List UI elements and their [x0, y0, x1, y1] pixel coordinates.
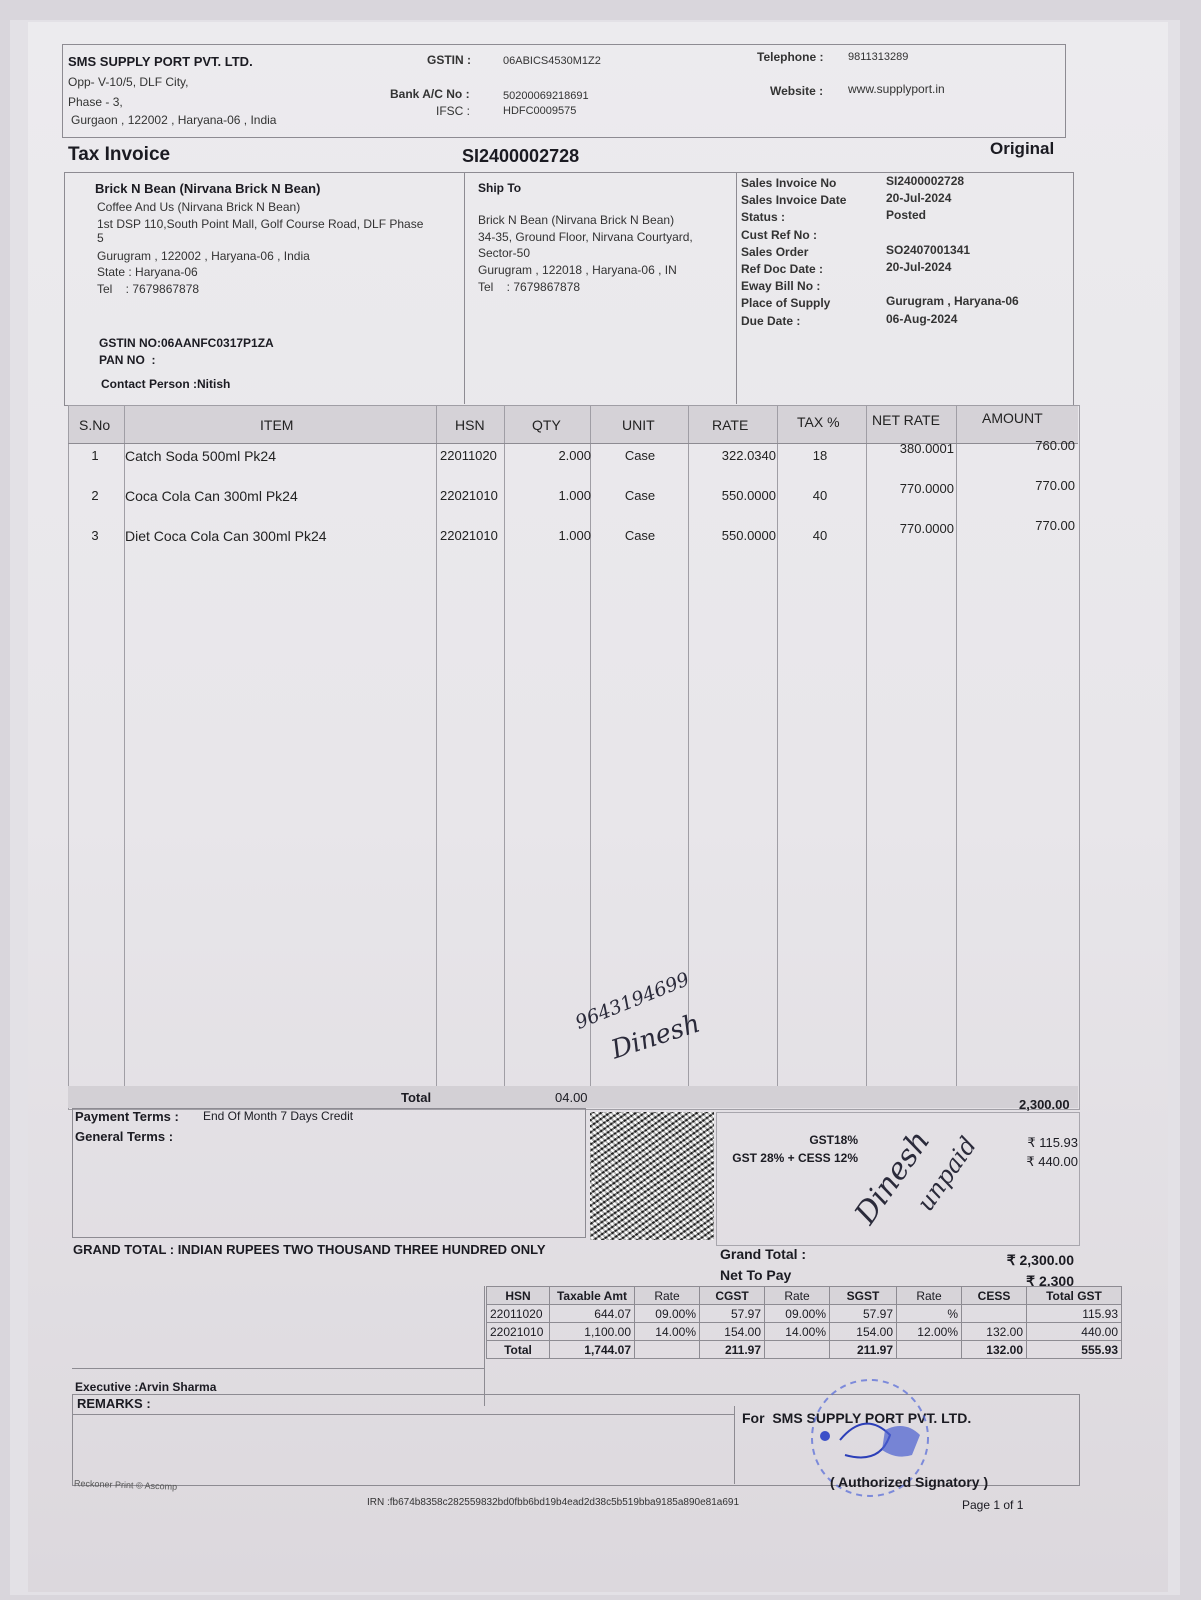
tax-breakup-value: ₹ 440.00	[990, 1154, 1078, 1170]
company-address-3: Gurgaon , 122002 , Haryana-06 , India	[71, 113, 276, 127]
cell-rate: 550.0000	[690, 488, 776, 503]
divider	[734, 1406, 735, 1484]
telephone-label: Telephone :	[757, 50, 823, 64]
meta-label: Due Date :	[741, 314, 800, 328]
irn-number: IRN :fb674b8358c282559832bd0fbb6bd19b4ea…	[367, 1497, 739, 1508]
meta-value: 06-Aug-2024	[886, 312, 957, 326]
gst-summary-table: HSNTaxable AmtRateCGSTRateSGSTRateCESSTo…	[486, 1286, 1122, 1359]
gst-total-row: Total1,744.07211.97211.97132.00555.93	[487, 1341, 1122, 1359]
divider	[484, 1286, 485, 1406]
bill-to-line: Tel : 7679867878	[97, 282, 199, 296]
divider	[72, 1414, 734, 1415]
gst-col-header: CESS	[962, 1287, 1027, 1305]
meta-value: 20-Jul-2024	[886, 191, 951, 205]
amount-in-words: GRAND TOTAL : INDIAN RUPEES TWO THOUSAND…	[73, 1242, 546, 1257]
tax-breakup-label: GST 28% + CESS 12%	[720, 1151, 858, 1165]
qr-code	[590, 1112, 714, 1240]
gst-row: 220210101,100.0014.00%154.0014.00%154.00…	[487, 1323, 1122, 1341]
document-title: Tax Invoice	[68, 144, 170, 166]
gst-cell: 115.93	[1027, 1305, 1122, 1323]
col-header-net-rate: NET RATE	[872, 412, 940, 428]
gst-cell: 440.00	[1027, 1323, 1122, 1341]
gst-cell: 644.07	[550, 1305, 635, 1323]
cell-sno: 3	[80, 528, 110, 543]
meta-label: Eway Bill No :	[741, 279, 820, 293]
col-header-tax: TAX %	[797, 414, 840, 430]
company-name: SMS SUPPLY PORT PVT. LTD.	[68, 54, 253, 69]
gst-cell: 09.00%	[765, 1305, 830, 1323]
column-divider	[688, 405, 689, 1108]
cell-unit: Case	[600, 528, 680, 543]
cell-net-rate: 770.0000	[866, 481, 954, 496]
general-terms-label: General Terms :	[75, 1129, 173, 1144]
cell-amount: 770.00	[956, 518, 1075, 533]
column-divider	[504, 405, 505, 1108]
column-divider	[124, 405, 125, 1108]
meta-value: Posted	[886, 208, 926, 222]
meta-value: SO2407001341	[886, 243, 970, 257]
executive-name: Executive :Arvin Sharma	[75, 1380, 216, 1394]
col-header-rate: RATE	[712, 417, 748, 433]
col-header-hsn: HSN	[455, 417, 485, 433]
cell-qty: 1.000	[505, 528, 591, 543]
bill-to-line: 1st DSP 110,South Point Mall, Golf Cours…	[97, 217, 423, 231]
bill-to-line: Gurugram , 122002 , Haryana-06 , India	[97, 249, 310, 263]
gst-cell: 22021010	[487, 1323, 550, 1341]
bank-label: Bank A/C No :	[390, 87, 470, 101]
gst-col-header: Taxable Amt	[550, 1287, 635, 1305]
gst-col-header: HSN	[487, 1287, 550, 1305]
payment-terms-value: End Of Month 7 Days Credit	[203, 1109, 353, 1123]
col-header-amount: AMOUNT	[982, 410, 1043, 426]
payment-terms-label: Payment Terms :	[75, 1109, 179, 1124]
gst-total-cell	[635, 1341, 700, 1359]
cell-tax: 40	[780, 528, 860, 543]
cell-net-rate: 770.0000	[866, 521, 954, 536]
gst-col-header: Rate	[635, 1287, 700, 1305]
remarks-label: REMARKS :	[77, 1396, 151, 1411]
page-number: Page 1 of 1	[962, 1498, 1023, 1512]
cell-tax: 18	[780, 448, 860, 463]
meta-value: Gurugram , Haryana-06	[886, 294, 1019, 308]
gst-col-header: Rate	[765, 1287, 830, 1305]
gst-col-header: Rate	[897, 1287, 962, 1305]
cell-hsn: 22021010	[440, 528, 502, 543]
divider	[72, 1368, 484, 1369]
items-table	[68, 405, 1080, 1110]
gst-cell: 154.00	[700, 1323, 765, 1341]
divider	[736, 172, 737, 404]
tax-breakup-value: ₹ 115.93	[990, 1135, 1078, 1151]
cell-item: Coca Cola Can 300ml Pk24	[125, 488, 425, 504]
column-divider	[866, 405, 867, 1108]
ifsc-label: IFSC :	[436, 104, 470, 118]
invoice-number: SI2400002728	[462, 146, 579, 167]
meta-label: Cust Ref No :	[741, 228, 817, 242]
meta-label: Sales Invoice No	[741, 176, 836, 190]
ship-to-line: Tel : 7679867878	[478, 280, 580, 294]
gst-cell: 57.97	[830, 1305, 897, 1323]
gst-cell: 14.00%	[765, 1323, 830, 1341]
cell-sno: 2	[80, 488, 110, 503]
contact-person: Contact Person :Nitish	[101, 377, 230, 391]
col-header-sno: S.No	[79, 417, 110, 433]
divider	[464, 172, 465, 404]
net-to-pay-label: Net To Pay	[720, 1267, 791, 1283]
gst-total-cell: 211.97	[830, 1341, 897, 1359]
cell-unit: Case	[600, 488, 680, 503]
column-divider	[436, 405, 437, 1108]
total-label: Total	[401, 1090, 431, 1105]
bill-to-pan: PAN NO :	[99, 353, 155, 367]
gst-total-cell	[765, 1341, 830, 1359]
gstin-label: GSTIN :	[427, 53, 471, 67]
gst-cell: 14.00%	[635, 1323, 700, 1341]
gst-total-cell: 1,744.07	[550, 1341, 635, 1359]
gst-cell: 132.00	[962, 1323, 1027, 1341]
column-divider	[777, 405, 778, 1108]
gst-col-header: CGST	[700, 1287, 765, 1305]
website-link: www.supplyport.in	[848, 82, 945, 96]
meta-value: 20-Jul-2024	[886, 260, 951, 274]
website-label: Website :	[770, 84, 823, 98]
bill-to-line: State : Haryana-06	[97, 265, 198, 279]
tax-breakup-label: GST18%	[720, 1133, 858, 1147]
ship-to-line: Brick N Bean (Nirvana Brick N Bean)	[478, 213, 674, 227]
col-header-unit: UNIT	[622, 417, 655, 433]
cell-hsn: 22021010	[440, 488, 502, 503]
terms-box	[72, 1108, 586, 1238]
ship-to-line: Sector-50	[478, 246, 530, 260]
meta-label: Place of Supply	[741, 296, 830, 310]
ship-to-label: Ship To	[478, 181, 521, 195]
cell-net-rate: 380.0001	[866, 441, 954, 456]
gst-cell	[962, 1305, 1027, 1323]
bank-account: 50200069218691	[503, 90, 589, 102]
gst-col-header: Total GST	[1027, 1287, 1122, 1305]
meta-label: Sales Order	[741, 245, 808, 259]
cell-hsn: 22011020	[440, 448, 502, 463]
cell-amount: 760.00	[956, 438, 1075, 453]
bill-to-gstin: GSTIN NO:06AANFC0317P1ZA	[99, 336, 274, 350]
cell-tax: 40	[780, 488, 860, 503]
grand-total-label: Grand Total :	[720, 1246, 806, 1262]
ifsc-value: HDFC0009575	[503, 105, 576, 117]
column-divider	[956, 405, 957, 1108]
bill-to-line: Coffee And Us (Nirvana Brick N Bean)	[97, 200, 300, 214]
cell-rate: 550.0000	[690, 528, 776, 543]
cell-rate: 322.0340	[690, 448, 776, 463]
ship-to-line: 34-35, Ground Floor, Nirvana Courtyard,	[478, 230, 693, 244]
copy-type: Original	[990, 139, 1054, 159]
cell-item: Diet Coca Cola Can 300ml Pk24	[125, 528, 425, 544]
meta-label: Status :	[741, 210, 785, 224]
authorized-signatory: ( Authorized Signatory )	[830, 1474, 988, 1490]
cell-amount: 770.00	[956, 478, 1075, 493]
meta-label: Ref Doc Date :	[741, 262, 823, 276]
cell-qty: 2.000	[505, 448, 591, 463]
gst-cell: 12.00%	[897, 1323, 962, 1341]
col-header-qty: QTY	[532, 417, 561, 433]
ship-to-line: Gurugram , 122018 , Haryana-06 , IN	[478, 263, 677, 277]
company-address-2: Phase - 3,	[68, 95, 123, 109]
total-amount: 2,300.00	[1019, 1097, 1070, 1112]
gst-col-header: SGST	[830, 1287, 897, 1305]
meta-label: Sales Invoice Date	[741, 193, 846, 207]
gst-total-cell: 211.97	[700, 1341, 765, 1359]
gstin-value: 06ABICS4530M1Z2	[503, 55, 601, 67]
col-header-item: ITEM	[260, 417, 293, 433]
bill-to-line: 5	[97, 231, 104, 245]
company-address-1: Opp- V-10/5, DLF City,	[68, 75, 189, 89]
cell-sno: 1	[80, 448, 110, 463]
gst-cell: 1,100.00	[550, 1323, 635, 1341]
cell-item: Catch Soda 500ml Pk24	[125, 448, 425, 464]
column-divider	[590, 405, 591, 1108]
meta-value: SI2400002728	[886, 174, 964, 188]
gst-total-cell: 132.00	[962, 1341, 1027, 1359]
gst-cell: 57.97	[700, 1305, 765, 1323]
telephone-value: 9811313289	[848, 51, 908, 63]
gst-cell: 09.00%	[635, 1305, 700, 1323]
gst-total-cell: Total	[487, 1341, 550, 1359]
gst-total-cell: 555.93	[1027, 1341, 1122, 1359]
cell-qty: 1.000	[505, 488, 591, 503]
gst-cell: 154.00	[830, 1323, 897, 1341]
grand-total-value: ₹ 2,300.00	[960, 1252, 1074, 1269]
gst-row: 22011020644.0709.00%57.9709.00%57.97%115…	[487, 1305, 1122, 1323]
gst-cell: %	[897, 1305, 962, 1323]
gst-total-cell	[897, 1341, 962, 1359]
gst-cell: 22011020	[487, 1305, 550, 1323]
bill-to-name: Brick N Bean (Nirvana Brick N Bean)	[95, 181, 320, 196]
cell-unit: Case	[600, 448, 680, 463]
total-qty: 04.00	[555, 1090, 588, 1105]
